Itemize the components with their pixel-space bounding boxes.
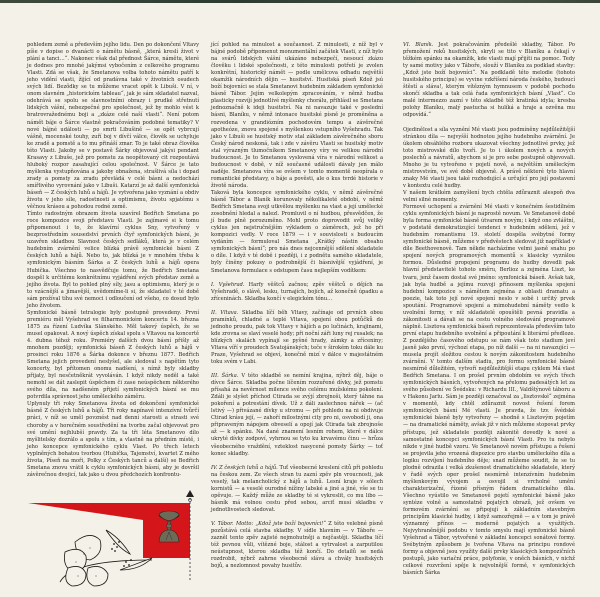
scan-top-edge <box>0 0 600 3</box>
banner-svg <box>20 490 200 597</box>
paragraph: Symfonické básně tetralogie byly postupn… <box>27 310 199 402</box>
quote-text: V této skladbě se nemíní krajina, nýbrž … <box>211 373 383 457</box>
quote-text: Skladba líčí běh Vltavy, začínaje od prv… <box>211 310 383 365</box>
paragraph: Formové uchopení a zvárnění Mé vlasti v … <box>403 204 575 577</box>
quote-title: IV. Z českých luhů a hájů. <box>211 465 278 471</box>
paragraph: jící pohled na minulost a současnost. Z … <box>211 42 383 190</box>
quote-title: V. Tábor. Motto: „Kdož jste boží bojovní… <box>211 521 326 527</box>
text-column-3: VI. Blaník. Jest pokračováním předešlé s… <box>403 42 575 578</box>
quote-title: VI. Blaník. <box>403 42 433 48</box>
quote-blanik: VI. Blaník. Jest pokračováním předešlé s… <box>403 42 575 120</box>
quote-text: Tuť všeobecné kreslení citů při pohledu … <box>211 465 383 513</box>
paragraph: Uplynuly tři roky Smetanova života od do… <box>27 401 199 479</box>
quote-title: III. Šárka. <box>211 373 238 379</box>
paragraph: Ojedinělost a síla vyznění Mé vlasti jso… <box>403 127 575 190</box>
text-column-1: pohledem země a především jejího lidu. D… <box>27 42 199 479</box>
quote-text: Z této velebné písně pozůstává celá stav… <box>211 521 383 569</box>
paragraph: V našem krátkém zamyšlení bych chtěla zd… <box>403 190 575 204</box>
quote-title: II. Vltava. <box>211 310 238 316</box>
quote-vysehrad: I. Vyšehrad. Harfy věštců začnou; zpěv v… <box>211 282 383 303</box>
linden-leaves-icon <box>60 530 152 586</box>
text-column-2: jící pohled na minulost a současnost. Z … <box>211 42 383 570</box>
quote-z-ceskych-luhu: IV. Z českých luhů a hájů. Tuť všeobecné… <box>211 465 383 514</box>
quote-title: I. Vyšehrad. <box>211 282 245 288</box>
paragraph: Tímto radostným obrazem života uzavírel … <box>27 211 199 310</box>
quote-vltava: II. Vltava. Skladba líčí běh Vltavy, zač… <box>211 310 383 366</box>
paragraph: Taková byla koncepce symfonického cyklu,… <box>211 190 383 275</box>
quote-tabor: V. Tábor. Motto: „Kdož jste boží bojovní… <box>211 521 383 570</box>
flagpole-arrow-icon <box>186 490 194 497</box>
quote-sarka: III. Šárka. V této skladbě se nemíní kra… <box>211 373 383 458</box>
quote-text: Jest pokračováním předešlé skladby, Tábo… <box>403 42 575 118</box>
banner-illustration <box>20 490 200 597</box>
paragraph: pohledem země a především jejího lidu. D… <box>27 42 199 211</box>
